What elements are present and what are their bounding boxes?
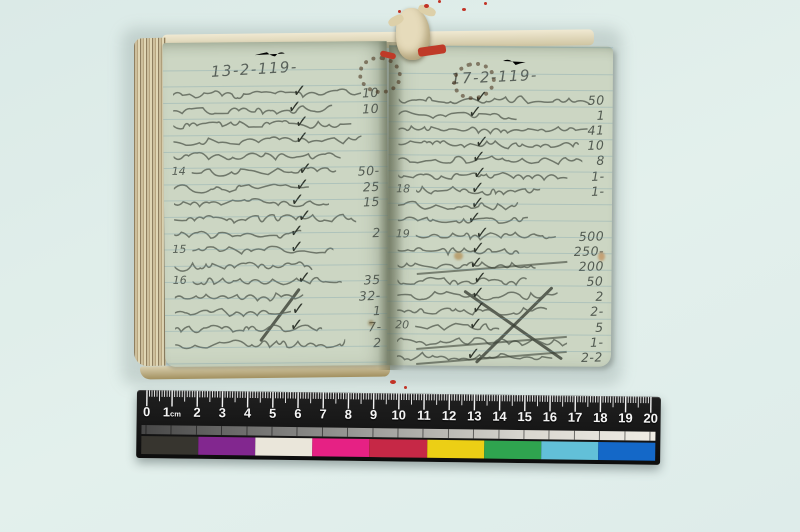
day-number: 19 xyxy=(396,227,410,240)
ledger-line: 2 xyxy=(173,335,383,353)
checkmark-icon: ✓ xyxy=(468,311,483,335)
handwriting-squiggle xyxy=(174,149,341,164)
handwriting-squiggle xyxy=(174,180,309,195)
color-patch xyxy=(370,439,427,458)
ruler-number: 9 xyxy=(370,407,377,422)
handwriting-squiggle xyxy=(193,274,342,289)
handwriting-squiggle xyxy=(398,122,588,137)
ruler-number: 10 xyxy=(391,407,406,422)
ruler-number: 17 xyxy=(568,410,583,425)
checkmark-icon: ✓ xyxy=(295,126,310,150)
handwriting-squiggle xyxy=(192,243,333,258)
paper-stain xyxy=(598,252,605,261)
amount-value: 1- xyxy=(590,183,604,198)
ruler-number: 0 xyxy=(143,404,150,419)
red-ink-speck xyxy=(390,380,396,384)
handwriting-squiggle xyxy=(398,198,520,213)
ruler-number: 16 xyxy=(543,409,558,424)
amount-value: 2-2 xyxy=(581,349,603,365)
ruler-number: 2 xyxy=(193,405,200,420)
amount-value: 50- xyxy=(357,163,380,179)
amount-value: 2 xyxy=(372,335,381,350)
checkmark-icon: ✓ xyxy=(289,313,304,337)
amount-value: 5 xyxy=(594,319,603,334)
handwriting-squiggle xyxy=(175,305,291,320)
page-edges-left xyxy=(134,38,166,367)
photo-background: 13-2-119- 10✓10✓✓✓1450-✓25✓15✓✓2✓15✓1635… xyxy=(0,0,800,532)
amount-value: 2 xyxy=(371,225,380,240)
handwriting-squiggle xyxy=(398,138,580,153)
red-ink-speck xyxy=(398,10,401,13)
color-patch xyxy=(312,438,369,457)
checkmark-icon: ✓ xyxy=(297,266,312,290)
ruler-number: 15 xyxy=(517,409,532,424)
ruler-number: 14 xyxy=(492,409,507,424)
handwriting-squiggle xyxy=(174,258,313,273)
day-number: 18 xyxy=(396,182,410,195)
handwriting-squiggle xyxy=(192,164,339,179)
handwriting-squiggle xyxy=(415,319,499,334)
ruler-number: 11 xyxy=(417,408,431,423)
amount-value: 8 xyxy=(596,153,605,168)
notebook-page-right: 17-2-119- 50✓1✓4110✓8✓1-✓181-✓✓✓19500✓25… xyxy=(387,45,613,367)
handwriting-squiggle xyxy=(175,290,306,305)
day-number: 14 xyxy=(172,165,186,178)
amount-value: 25 xyxy=(363,178,381,194)
amount-value: 10 xyxy=(362,100,380,116)
amount-value: 41 xyxy=(587,123,604,138)
ruler-number: 6 xyxy=(294,406,301,421)
color-patch xyxy=(541,441,598,460)
amount-value: 15 xyxy=(363,194,381,210)
day-number: 16 xyxy=(173,274,187,287)
scale-ruler: 01cm234567891011121314151617181920 xyxy=(136,390,661,465)
checkmark-icon: ✓ xyxy=(467,100,482,124)
ruler-number: 1cm xyxy=(163,404,181,419)
notebook: 13-2-119- 10✓10✓✓✓1450-✓25✓15✓✓2✓15✓1635… xyxy=(132,20,616,378)
handwriting-squiggle xyxy=(398,153,582,168)
amount-value: 2- xyxy=(590,304,604,319)
handwriting-squiggle xyxy=(173,86,361,102)
color-patch xyxy=(427,440,484,459)
ruler-number: 5 xyxy=(269,406,276,421)
ruler-unit-label: cm xyxy=(170,409,181,418)
left-page-date: 13-2-119- xyxy=(210,58,298,81)
color-patch xyxy=(198,437,255,456)
amount-value: 32- xyxy=(359,288,382,304)
red-ink-speck xyxy=(404,386,407,389)
color-patch xyxy=(484,441,541,460)
amount-value: 1 xyxy=(596,108,605,123)
handwriting-squiggle xyxy=(398,213,528,228)
handwriting-squiggle xyxy=(173,118,351,134)
amount-value: 1 xyxy=(372,303,381,318)
handwriting-squiggle xyxy=(175,336,346,351)
amount-value: 2 xyxy=(595,289,604,304)
ruler-number: 8 xyxy=(345,407,352,422)
ruler-number: 19 xyxy=(618,410,633,425)
red-ink-speck xyxy=(462,8,466,11)
color-patch xyxy=(255,438,312,457)
ruler-number: 20 xyxy=(643,411,658,426)
amount-value: 50 xyxy=(588,92,605,107)
handwriting-squiggle xyxy=(174,211,356,227)
ruler-number: 18 xyxy=(593,410,608,425)
amount-value: 1- xyxy=(591,168,605,183)
red-ink-speck xyxy=(438,0,441,3)
amount-value: 50 xyxy=(586,274,603,289)
binding-knot xyxy=(388,6,440,72)
handwriting-squiggle xyxy=(399,92,591,107)
day-number: 15 xyxy=(172,243,186,256)
handwriting-squiggle xyxy=(174,227,301,242)
handwriting-squiggle xyxy=(399,107,517,122)
color-patch xyxy=(598,442,655,461)
day-number: 20 xyxy=(395,318,409,331)
paper-stain xyxy=(454,252,463,260)
ruler-number: 3 xyxy=(219,405,226,420)
ruler-number: 13 xyxy=(467,408,482,423)
paper-stain xyxy=(368,320,374,326)
amount-value: 1- xyxy=(589,334,603,349)
color-patch xyxy=(141,436,198,455)
handwriting-squiggle xyxy=(173,133,361,149)
red-ink-speck xyxy=(484,2,487,5)
ledger-line: 2-2✓ xyxy=(395,348,605,365)
ruler-number: 4 xyxy=(244,405,251,420)
ruler-number: 7 xyxy=(319,406,326,421)
red-ink-speck xyxy=(424,4,429,8)
amount-value: 500 xyxy=(578,228,604,244)
ruler-number: 12 xyxy=(442,408,457,423)
handwriting-squiggle xyxy=(397,273,527,288)
notebook-page-left: 13-2-119- 10✓10✓✓✓1450-✓25✓15✓✓2✓15✓1635… xyxy=(163,41,390,367)
amount-value: 35 xyxy=(363,272,381,288)
checkmark-icon: ✓ xyxy=(289,235,304,259)
amount-value: 10 xyxy=(587,138,604,153)
